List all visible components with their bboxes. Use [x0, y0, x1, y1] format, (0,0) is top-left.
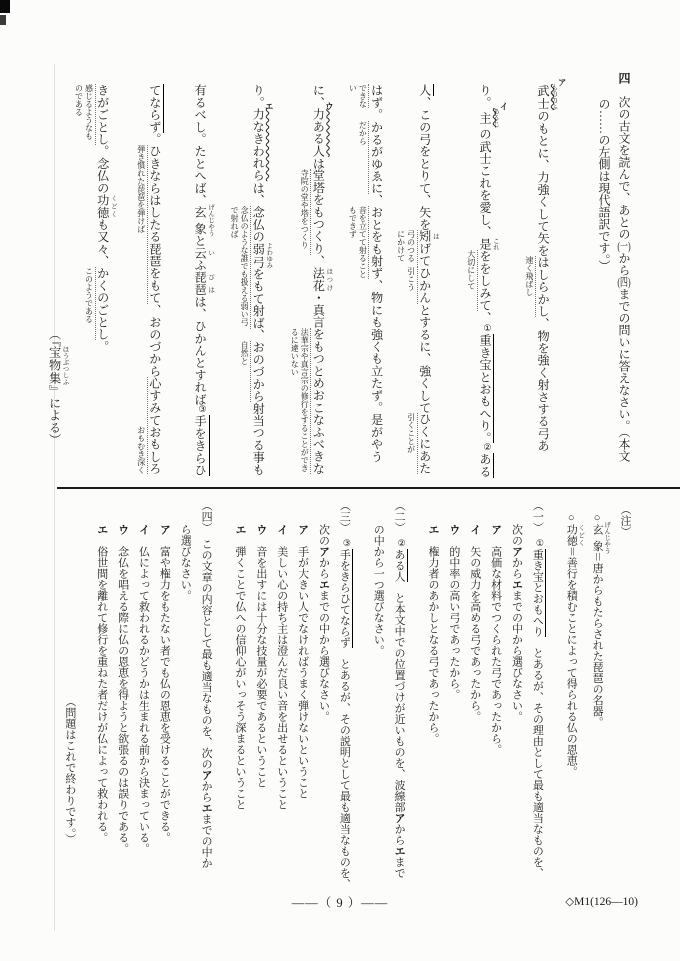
- text-run: 手が大きい人でなければうまく弾けないということ: [297, 535, 309, 799]
- classical-text-section: 四 次の古文を読んで、あとの(一)から(四)までの問いに答えなさい。（本文の………: [47, 72, 630, 484]
- furigana: げんじやう: [207, 204, 214, 237]
- ruby-base: 武士もののふ: [536, 84, 550, 110]
- furigana: くどく: [110, 194, 117, 218]
- glossed-phrase: 念仏の弱弓よわゆみをもて射ば念仏のような誰でも扱える弱い弓で射れば: [250, 206, 272, 329]
- emphasis-underline-phrase: 人: [418, 84, 435, 96]
- emphasis-underline-phrase: 重き宝とおもへり。: [478, 334, 495, 444]
- text-run: に、: [311, 84, 325, 108]
- translation-note: 弾き慣れた琵琶を弾けば: [136, 145, 146, 233]
- ruby-base: 是これ: [478, 238, 492, 251]
- translation-note: 寺院の堂や塔をつくり: [299, 169, 309, 249]
- ruby-base: 矧は: [418, 230, 432, 242]
- furigana: げんじやう: [603, 521, 610, 554]
- text-run: エ: [511, 579, 523, 590]
- text-column-6: り。力なきわれらエは、念仏の弱弓よわゆみをもて射ば念仏のような誰でも扱える弱い弓…: [250, 72, 272, 484]
- text-run: （四） この文章の内容として最も適当なものを、次の: [200, 500, 212, 770]
- text-run: 功徳: [565, 524, 577, 546]
- text-run: 。念仏の: [96, 145, 110, 194]
- text-run: 心すみておもしろ: [148, 377, 162, 475]
- text-run: はしらかし: [536, 256, 550, 317]
- closing-note: （問題はこれで終わりです。）: [63, 500, 75, 892]
- text-run: （二）: [393, 500, 405, 539]
- ruby-base: 琵琶びは: [193, 271, 207, 295]
- q3-instruction: 次のアからエまでの中から選びなさい。: [317, 500, 329, 892]
- text-run: とするに、強くして: [418, 304, 432, 414]
- text-run: 主: [478, 108, 492, 127]
- text-run: 射当つる事も: [251, 402, 265, 475]
- text-run: 力なきわれら: [251, 108, 265, 181]
- q4-instruction: ら選びなさい。: [178, 500, 190, 892]
- document-code: ◇M1(126—10): [565, 894, 638, 908]
- q1-instruction: 次のアからエまでの中から選びなさい。: [510, 500, 522, 892]
- text-column-7: 有るべし。たとへば、玄象げんじやうと云いふ琵琶びはは、ひかんとすれば③手をきらひ: [193, 72, 214, 484]
- q1-stem: （一） ①重き宝とおもへり とあるが、その理由として最も適当なものを、: [531, 500, 543, 892]
- text-run: 次の: [318, 524, 330, 546]
- text-run: 。: [148, 133, 162, 145]
- text-run: ○: [565, 512, 577, 524]
- ruby-base: 玄象げんじやう: [591, 524, 603, 551]
- ruby-base: 弱弓よわゆみ: [251, 243, 265, 268]
- text-run: 美しい心の持ち主は澄んだ良い音を出せるということ: [276, 535, 288, 810]
- reference-number: ②: [398, 539, 407, 549]
- text-run: イ: [469, 524, 481, 535]
- text-run: 武士: [536, 84, 550, 110]
- text-run: 玄象: [193, 204, 207, 236]
- translation-note: 自然と: [239, 341, 249, 365]
- text-run: をもつとめおこなふべきな: [311, 328, 325, 474]
- wavy-underline-phrase: 主あるじイ: [478, 108, 499, 128]
- text-run: かくのごとし: [96, 267, 110, 340]
- furigana: あるじ: [492, 108, 499, 128]
- page-number: ——（ 9 ）——: [250, 893, 430, 911]
- emphasis-underline-phrase: 手をきらひてならず: [338, 549, 353, 648]
- translation-note: 引こう: [406, 267, 416, 291]
- text-run: とあるが、その説明として最も適当なものを、: [338, 648, 350, 890]
- text-run: （注）: [619, 504, 631, 537]
- text-run: 、おのづから: [148, 304, 162, 377]
- q3-choice-e: エ 弾くことで仏への信仰心がいっそう深まるということ: [233, 500, 245, 892]
- furigana: びは: [207, 271, 214, 295]
- text-run: 有るべし。たとへば、: [193, 84, 207, 206]
- text-run: 、物を強く射さする弓あ: [536, 317, 550, 451]
- text-run: 』による）: [48, 385, 62, 446]
- wavy-label: エ: [265, 102, 274, 111]
- translation-note: このようである: [84, 267, 94, 323]
- text-run: きがごとし: [96, 84, 110, 145]
- note-genjo: ○玄象げんじやう＝唐からもたらされた琵琶の名器。: [590, 500, 610, 892]
- text-run: 念仏を唱える際に仏の恩恵を得ようと欲張るのは誤りである。: [117, 535, 129, 854]
- text-run: 云: [193, 247, 207, 259]
- text-run: ウ: [117, 524, 129, 535]
- text-run: り。: [478, 84, 492, 108]
- emphasis-underline-phrase: ある人: [393, 549, 408, 582]
- furigana: もののふ: [550, 84, 557, 110]
- section-separator-line: [57, 487, 680, 489]
- ruby-base: 宝物集ほうぶつしふ: [48, 346, 62, 384]
- ruby-base: 法花ほつけ: [311, 267, 325, 291]
- text-run: 的中率の高い弓であったから。: [448, 535, 460, 700]
- text-run: ＝善行を積むことによって得られる仏の恩恵。: [565, 546, 577, 777]
- text-run: エ: [96, 524, 108, 535]
- text-run: も又々、: [96, 218, 110, 267]
- text-run: 弱弓: [251, 242, 265, 268]
- text-run: から: [393, 824, 405, 846]
- glossed-phrase: ひかん引こう: [417, 267, 431, 304]
- furigana: い: [207, 247, 214, 259]
- text-run: ふ: [193, 259, 207, 271]
- text-run: エ: [427, 524, 439, 535]
- text-run: から: [318, 557, 330, 579]
- emphasis-underline-phrase: ある: [478, 453, 495, 477]
- text-run: 権力者のあかしとなる弓であったから。: [427, 535, 439, 744]
- ruby-base: 玄象げんじやう: [193, 206, 207, 234]
- text-run: （問題はこれで終わりです。）: [64, 696, 76, 845]
- print-registration-mark-small: [0, 15, 6, 25]
- q1-choice-i: イ 矢の威力を高める弓であったから。: [468, 500, 480, 892]
- instruction-line-2: の……の左側は現代語訳です。）: [597, 72, 610, 484]
- wavy-underline-phrase: 武士もののふア: [536, 84, 557, 110]
- text-run: ア: [200, 770, 212, 781]
- text-run: ・真言: [311, 291, 325, 328]
- emphasis-underline-phrase: 手をきらひ: [193, 415, 210, 476]
- q2-stem: （二） ②ある人 と本文中での位置づけが近いものを、波線部アからエまで: [392, 500, 404, 892]
- glossed-phrase: をもつとめおこなふべきな法華宗や真言宗の修行をすることができるに違いない: [310, 328, 324, 474]
- text-run: ウ: [448, 524, 460, 535]
- furigana: よわゆみ: [265, 242, 272, 268]
- ruby-base: 云い: [193, 247, 207, 259]
- reference-number: ③: [199, 405, 208, 415]
- text-run: 宝物集: [48, 346, 62, 385]
- text-run: 。: [96, 340, 110, 352]
- reference-number: ②: [483, 443, 492, 453]
- translation-note: 感じるようなものである: [74, 84, 94, 145]
- text-column-4: はずできない。かるがゆゑにだから、おとをも射ず音を立てて射ることもできず、物にも…: [368, 72, 382, 484]
- combined-number: (一): [617, 240, 631, 252]
- text-run: 人: [418, 84, 432, 96]
- glossed-phrase: おとをも射ず音を立てて射ることもできず: [368, 206, 382, 279]
- text-run: のもとに、力強くして矢を: [536, 110, 550, 256]
- glossed-phrase: ををしみて大切にして: [477, 250, 491, 311]
- translation-note: 法華宗や真言宗の修行をすることができるに違いない: [289, 328, 309, 474]
- text-run: までの中から選びなさい。: [511, 590, 523, 722]
- text-column-5: に、力ある人ウは堂塔をもつくり寺院の堂や塔をつくり、法花ほつけ・真言をもつとめお…: [310, 72, 332, 484]
- text-run: 重き宝とおもへり。: [478, 334, 492, 444]
- text-run: から: [511, 557, 523, 579]
- wavy-underline-phrase: 力なきわれらエ: [251, 108, 264, 181]
- text-column-1: 武士もののふアのもとに、力強くして矢をはしらかし速く飛ばし、物を強く射さする弓あ: [535, 72, 557, 484]
- glossed-phrase: はしらかし速く飛ばし: [535, 256, 549, 317]
- text-run: をもて射ば: [251, 268, 265, 329]
- text-run: ア: [393, 813, 405, 824]
- furigana: ほうぶつしふ: [62, 346, 69, 385]
- text-run: ををしみて: [478, 250, 492, 311]
- text-run: 矢の威力を高める弓であったから。: [469, 535, 481, 722]
- questions-section: （注）○玄象げんじやう＝唐からもたらされた琵琶の名器。○功徳くどく＝善行を積むこ…: [63, 500, 630, 892]
- wavy-label: ウ: [325, 102, 334, 111]
- text-run: おとをも射ず: [370, 206, 384, 279]
- text-run: ア: [511, 546, 523, 557]
- text-run: エ: [318, 579, 330, 590]
- glossed-phrase: かるがゆゑにだから: [368, 121, 382, 194]
- text-run: 四: [617, 72, 631, 84]
- text-column-9: きがごとし感じるようなものである。念仏の功徳くどくも又々、かくのごとしこのようで…: [95, 72, 117, 484]
- wavy-label: ア: [558, 78, 567, 87]
- text-run: までの問いに答えなさい。（本文: [617, 288, 631, 462]
- translation-note: 念仏のような誰でも扱える弱い弓で射れば: [229, 206, 249, 329]
- instruction-line-1: 四 次の古文を読んで、あとの(一)から(四)までの問いに答えなさい。（本文: [617, 72, 630, 484]
- q1-choice-a: ア 高価な材料でつくられた弓であったから。: [489, 500, 501, 892]
- text-run: 富や権力をもたない者でも仏の恩恵を受けることができる。: [158, 535, 170, 843]
- text-run: イ: [276, 524, 288, 535]
- source-attribution: （『宝物集ほうぶつしふ』による）: [47, 72, 68, 484]
- reference-number: ①: [483, 324, 492, 334]
- text-run: 玄象: [591, 521, 603, 554]
- wavy-label: イ: [499, 102, 508, 111]
- text-run: かるがゆゑに: [370, 121, 384, 194]
- glossed-phrase: 矧はげて弓のつるにかけて: [417, 230, 439, 267]
- translation-note: 音を立てて射ることもできず: [347, 206, 367, 279]
- glossed-phrase: はずできない: [368, 84, 382, 108]
- notes-label: （注）: [618, 500, 630, 892]
- text-run: （『: [48, 328, 62, 346]
- q4-stem: （四） この文章の内容として最も適当なものを、次のアからエまでの中か: [199, 500, 211, 892]
- text-run: 矧: [418, 230, 432, 242]
- q1-choice-e: エ 権力者のあかしとなる弓であったから。: [426, 500, 438, 892]
- emphasis-underline-phrase: 重き宝とおもへり: [531, 549, 546, 637]
- text-run: ある: [478, 453, 492, 477]
- text-run: の中から一つ選びなさい。: [372, 524, 384, 656]
- reference-number: ③: [343, 539, 352, 549]
- text-run: 、: [478, 311, 492, 323]
- translation-note: だから: [357, 121, 367, 145]
- text-column-2: り。主あるじイの武士これを愛し、是これををしみて大切にして、①重き宝とおもへり。…: [477, 72, 499, 484]
- text-column-3: 人、この弓をとりて、矢を矧はげて弓のつるにかけてひかん引こうとするに、強くしてひ…: [417, 72, 439, 484]
- text-run: ア: [318, 546, 330, 557]
- ruby-base: 功徳くどく: [565, 524, 577, 546]
- furigana: は: [432, 230, 439, 242]
- text-run: までの中から選びなさい。: [318, 590, 330, 722]
- text-run: げて: [418, 243, 432, 267]
- translation-note: 弓のつるにかけて: [396, 230, 416, 267]
- combined-number: (四): [617, 276, 631, 288]
- text-run: 手をきらひ: [193, 415, 207, 476]
- text-run: てならず: [148, 84, 162, 133]
- text-run: 仏によって救われるかどうかは生まれる前から決まっている。: [138, 535, 150, 854]
- q4-choice-u: ウ 念仏を唱える際に仏の恩恵を得ようと欲張るのは誤りである。: [116, 500, 128, 892]
- text-run: 次の古文を読んで、あとの: [617, 84, 631, 240]
- text-run: 手をきらひてならず: [338, 549, 350, 648]
- translation-note: おもむき深く: [136, 426, 146, 474]
- q3-choice-i: イ 美しい心の持ち主は澄んだ良い音を出せるということ: [275, 500, 287, 892]
- q3-choice-u: ウ 音を出すには十分な技量が必要であるということ: [254, 500, 266, 892]
- wavy-underline-phrase: 力ある人ウ: [311, 108, 324, 157]
- reference-number: ①: [536, 539, 545, 549]
- text-run: までの中か: [200, 814, 212, 869]
- translation-note: 引くことが: [406, 413, 416, 453]
- text-run: 音を出すには十分な技量が必要であるということ: [255, 535, 267, 788]
- text-run: 、この弓をとりて、矢を: [418, 96, 432, 230]
- text-run: 是: [478, 237, 492, 250]
- text-run: 弾くことで仏への信仰心がいっそう深まるということ: [234, 535, 246, 810]
- text-run: 法花: [311, 267, 325, 291]
- text-run: エ: [393, 846, 405, 857]
- q4-choice-a: ア 富や権力をもたない者でも仏の恩恵を受けることができる。: [158, 500, 170, 892]
- translation-note: できない: [347, 84, 367, 108]
- text-run: 、: [311, 255, 325, 267]
- text-run: 力ある人: [311, 108, 325, 157]
- text-run: 高価な材料でつくられた弓であったから。: [490, 535, 502, 755]
- print-registration-mark: [0, 0, 10, 13]
- furigana: これ: [492, 237, 499, 250]
- text-run: 堂塔をもつくり: [311, 169, 325, 254]
- glossed-phrase: ひくにあた引くことが: [417, 413, 431, 474]
- text-run: エ: [234, 524, 246, 535]
- furigana: くどく: [577, 524, 584, 546]
- text-run: と: [193, 234, 207, 246]
- text-run: 念仏の: [251, 206, 265, 243]
- text-run: ある人: [393, 549, 405, 582]
- ruby-base: 主あるじ: [478, 108, 492, 127]
- text-run: と本文中での位置づけが近いものを、波線部: [393, 582, 405, 813]
- q3-choice-a: ア 手が大きい人でなければうまく弾けないということ: [296, 500, 308, 892]
- emphasis-underline-phrase: てならず: [148, 84, 165, 133]
- glossed-phrase: 心すみておもしろおもむき深く: [147, 377, 161, 475]
- text-run: はず: [370, 84, 384, 108]
- text-run: 、: [251, 329, 265, 341]
- q2-instruction: の中から一つ選びなさい。: [371, 500, 383, 892]
- q3-stem: （三） ③手をきらひてならず とあるが、その説明として最も適当なものを、: [338, 500, 350, 892]
- q4-choice-e: エ 俗世間を離れて修行を重ねた者だけが仏によって救われる。: [95, 500, 107, 892]
- text-run: ら選びなさい。: [179, 524, 191, 601]
- translation-note: 大切にして: [466, 250, 476, 290]
- text-run: とあるが、その理由として最も適当なものを、: [531, 637, 543, 879]
- text-run: イ: [138, 524, 150, 535]
- text-run: は、: [251, 182, 265, 206]
- glossed-phrase: おのづから自然と: [250, 341, 264, 402]
- text-run: ア: [297, 524, 309, 535]
- text-run: まで: [393, 857, 405, 879]
- text-run: （三）: [338, 500, 350, 539]
- text-run: 琵琶: [193, 271, 207, 295]
- text-run: から: [617, 252, 631, 276]
- text-run: ひきならはしたる琵琶をもて: [148, 145, 162, 304]
- text-run: ア: [158, 524, 170, 535]
- text-run: の……の左側は現代語訳です。）: [597, 98, 611, 272]
- text-run: エ: [200, 803, 212, 814]
- glossed-phrase: 堂塔をもつくり寺院の堂や塔をつくり: [310, 169, 324, 254]
- text-run: 次の: [511, 524, 523, 546]
- glossed-phrase: ひきならはしたる琵琶をもて弾き慣れた琵琶を弾けば: [147, 145, 161, 304]
- text-run: は: [311, 157, 325, 169]
- text-run: ア: [490, 524, 502, 535]
- text-column-8: てならず。ひきならはしたる琵琶をもて弾き慣れた琵琶を弾けば、おのづから心すみてお…: [147, 72, 161, 484]
- translation-note: 速く飛ばし: [524, 256, 534, 296]
- q4-choice-i: イ 仏によって救われるかどうかは生まれる前から決まっている。: [137, 500, 149, 892]
- text-run: 重き宝とおもへり: [531, 549, 543, 637]
- text-run: 功徳: [96, 194, 110, 218]
- furigana: ほつけ: [325, 267, 332, 291]
- text-run: ひくにあた: [418, 413, 432, 474]
- glossed-phrase: かくのごとしこのようである: [95, 267, 109, 340]
- text-run: の武士これを愛し、: [478, 128, 492, 238]
- text-run: 。: [370, 108, 384, 120]
- glossed-phrase: きがごとし感じるようなものである: [95, 84, 109, 145]
- text-run: おのづから: [251, 341, 265, 402]
- note-kudoku: ○功徳くどく＝善行を積むことによって得られる仏の恩恵。: [564, 500, 584, 892]
- text-run: から: [200, 781, 212, 803]
- text-run: ＝唐からもたらされた琵琶の名器。: [591, 551, 603, 727]
- q1-choice-u: ウ 的中率の高い弓であったから。: [447, 500, 459, 892]
- text-run: は、ひかんとすれば: [193, 295, 207, 405]
- text-run: 、物にも強くも立たず。是がやう: [370, 279, 384, 462]
- text-run: 俗世間を離れて修行を重ねた者だけが仏によって救われる。: [96, 535, 108, 843]
- text-run: り。: [251, 84, 265, 108]
- text-run: （一）: [531, 500, 543, 539]
- ruby-base: 功徳くどく: [96, 194, 110, 218]
- text-run: 、: [370, 194, 384, 206]
- text-run: ウ: [255, 524, 267, 535]
- text-run: ひかん: [418, 267, 432, 304]
